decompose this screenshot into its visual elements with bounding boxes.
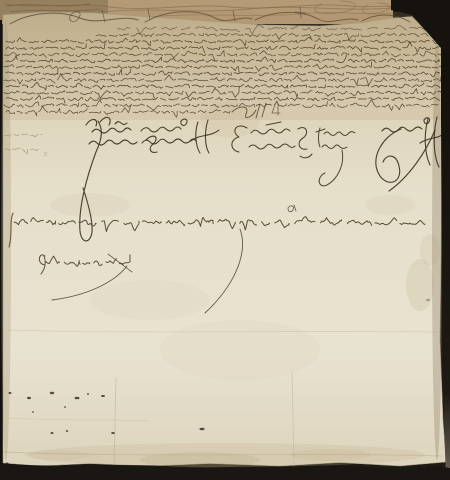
manuscript-scan: Archival scan of a 16th-century Spanish … xyxy=(0,0,450,480)
manuscript-artwork xyxy=(0,0,450,480)
